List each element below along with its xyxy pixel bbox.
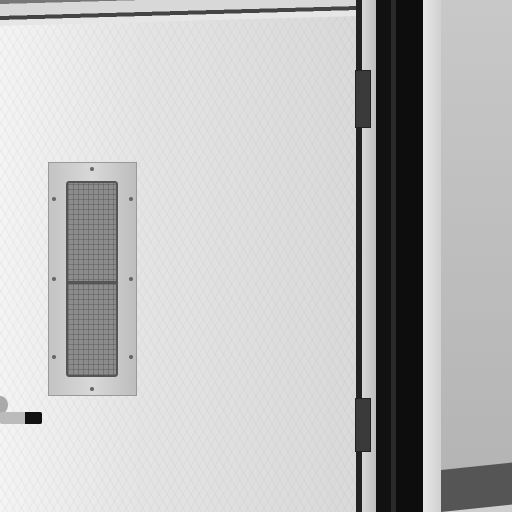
floor bbox=[441, 463, 512, 512]
jamb-trim bbox=[423, 0, 441, 512]
door-window bbox=[48, 162, 137, 396]
door-jamb bbox=[376, 0, 426, 512]
screw-icon bbox=[52, 197, 56, 201]
door-handle bbox=[0, 412, 42, 424]
screw-icon bbox=[52, 277, 56, 281]
window-divider bbox=[68, 281, 116, 284]
screw-icon bbox=[129, 197, 133, 201]
wire-mesh-glass bbox=[66, 181, 118, 377]
wall bbox=[441, 0, 512, 480]
screw-icon bbox=[129, 277, 133, 281]
screw-icon bbox=[90, 167, 94, 171]
screw-icon bbox=[129, 355, 133, 359]
door-photo: Grayscale photograph of a white textured… bbox=[0, 0, 512, 512]
hinge-icon bbox=[355, 398, 371, 452]
screw-icon bbox=[90, 387, 94, 391]
screw-icon bbox=[52, 355, 56, 359]
hinge-icon bbox=[355, 70, 371, 128]
